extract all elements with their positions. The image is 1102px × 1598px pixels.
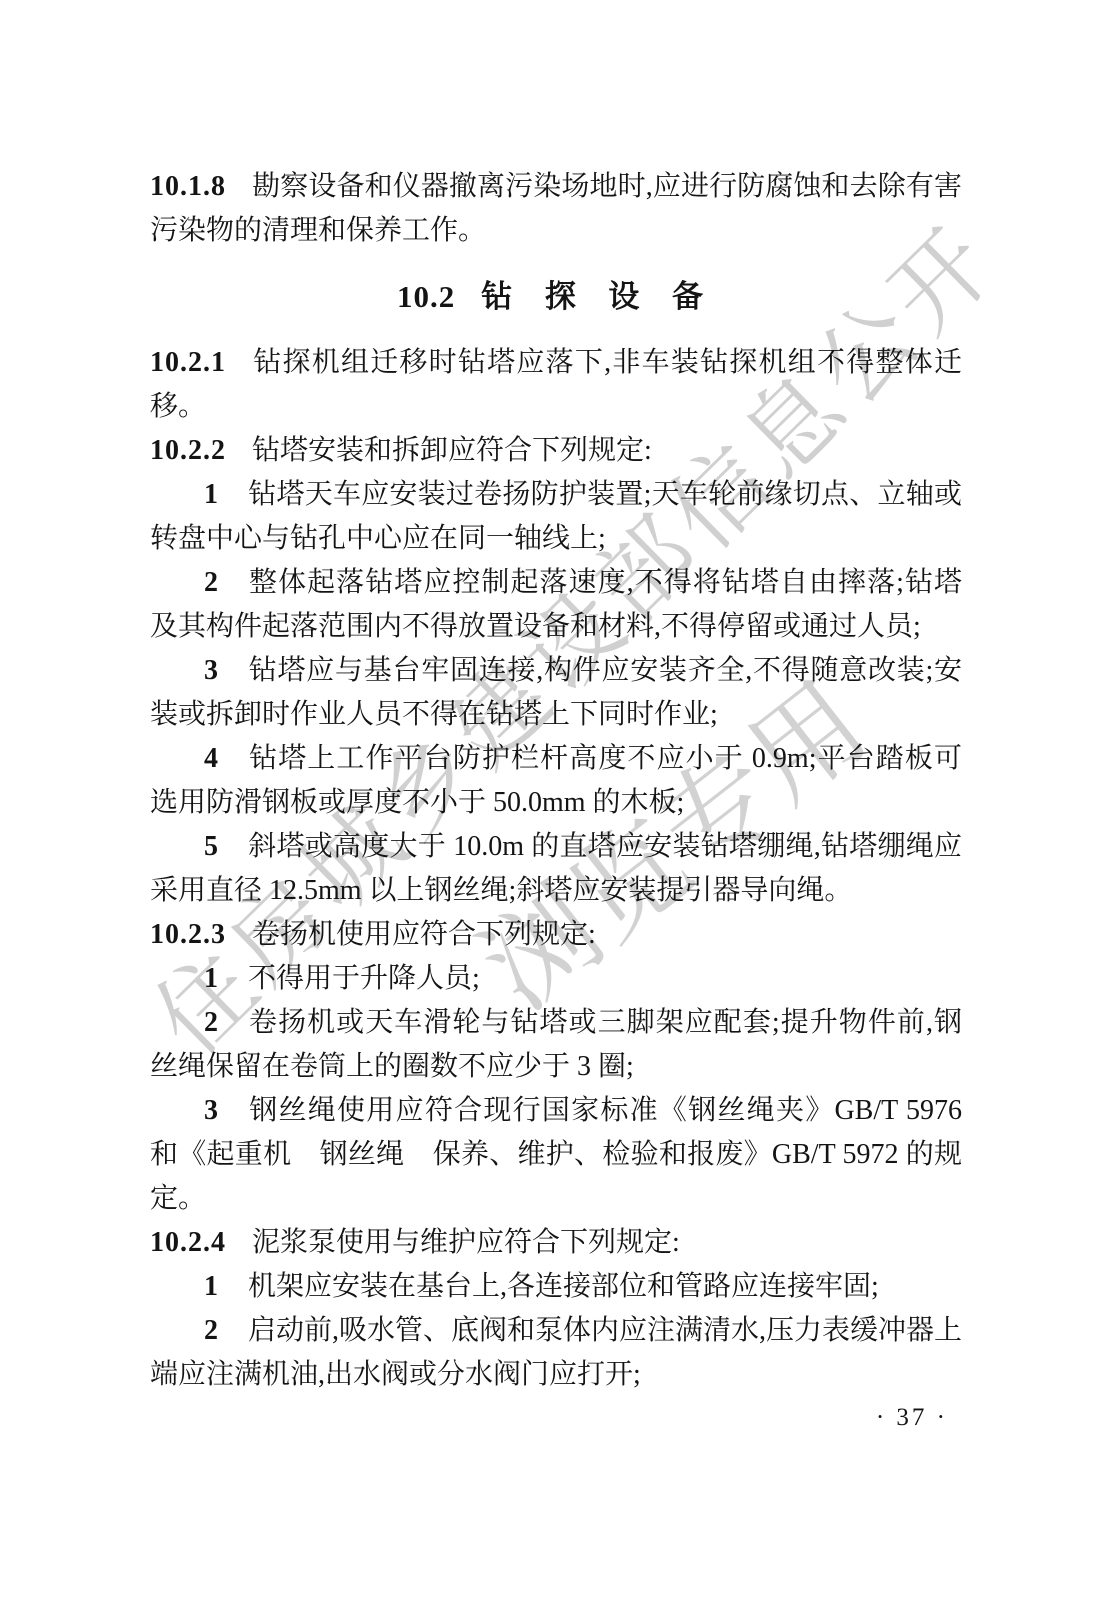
item-10-2-3-1: 1不得用于升降人员; bbox=[150, 957, 962, 1001]
item-text: 钻塔应与基台牢固连接,构件应安装齐全,不得随意改装;安装或拆卸时作业人员不得在钻… bbox=[150, 655, 962, 730]
document-page: 10.1.8勘察设备和仪器撤离污染场地时,应进行防腐蚀和去除有害污染物的清理和保… bbox=[0, 0, 1102, 1433]
item-text: 钢丝绳使用应符合现行国家标准《钢丝绳夹》GB/T 5976 和《起重机 钢丝绳 … bbox=[150, 1095, 962, 1214]
clause-10-1-8: 10.1.8勘察设备和仪器撤离污染场地时,应进行防腐蚀和去除有害污染物的清理和保… bbox=[150, 165, 962, 253]
item-10-2-3-3: 3钢丝绳使用应符合现行国家标准《钢丝绳夹》GB/T 5976 和《起重机 钢丝绳… bbox=[150, 1089, 962, 1221]
item-number: 4 bbox=[204, 743, 218, 774]
clause-10-2-4: 10.2.4泥浆泵使用与维护应符合下列规定: bbox=[150, 1221, 962, 1265]
item-number: 3 bbox=[204, 655, 218, 686]
clause-number: 10.2.4 bbox=[150, 1227, 226, 1258]
item-number: 1 bbox=[204, 963, 218, 994]
item-text: 卷扬机或天车滑轮与钻塔或三脚架应配套;提升物件前,钢丝绳保留在卷筒上的圈数不应少… bbox=[150, 1007, 962, 1082]
item-10-2-2-1: 1钻塔天车应安装过卷扬防护装置;天车轮前缘切点、立轴或转盘中心与钻孔中心应在同一… bbox=[150, 473, 962, 561]
item-number: 2 bbox=[204, 1007, 218, 1038]
item-number: 5 bbox=[204, 831, 218, 862]
clause-text: 卷扬机使用应符合下列规定: bbox=[252, 919, 596, 950]
clause-text: 勘察设备和仪器撤离污染场地时,应进行防腐蚀和去除有害污染物的清理和保养工作。 bbox=[150, 171, 962, 246]
clause-10-2-1: 10.2.1钻探机组迁移时钻塔应落下,非车装钻探机组不得整体迁移。 bbox=[150, 341, 962, 429]
item-10-2-2-3: 3钻塔应与基台牢固连接,构件应安装齐全,不得随意改装;安装或拆卸时作业人员不得在… bbox=[150, 649, 962, 737]
item-10-2-3-2: 2卷扬机或天车滑轮与钻塔或三脚架应配套;提升物件前,钢丝绳保留在卷筒上的圈数不应… bbox=[150, 1001, 962, 1089]
item-text: 整体起落钻塔应控制起落速度,不得将钻塔自由摔落;钻塔及其构件起落范围内不得放置设… bbox=[150, 567, 962, 642]
item-10-2-2-2: 2整体起落钻塔应控制起落速度,不得将钻塔自由摔落;钻塔及其构件起落范围内不得放置… bbox=[150, 561, 962, 649]
page-number: · 37 · bbox=[150, 1403, 962, 1433]
clause-number: 10.2.3 bbox=[150, 919, 226, 950]
clause-10-2-2: 10.2.2钻塔安装和拆卸应符合下列规定: bbox=[150, 429, 962, 473]
item-text: 钻塔天车应安装过卷扬防护装置;天车轮前缘切点、立轴或转盘中心与钻孔中心应在同一轴… bbox=[150, 479, 962, 554]
item-10-2-2-4: 4钻塔上工作平台防护栏杆高度不应小于 0.9m;平台踏板可选用防滑钢板或厚度不小… bbox=[150, 737, 962, 825]
clause-10-2-3: 10.2.3卷扬机使用应符合下列规定: bbox=[150, 913, 962, 957]
section-number: 10.2 bbox=[397, 279, 455, 314]
item-text: 钻塔上工作平台防护栏杆高度不应小于 0.9m;平台踏板可选用防滑钢板或厚度不小于… bbox=[150, 743, 962, 818]
item-number: 1 bbox=[204, 479, 218, 510]
clause-text: 钻探机组迁移时钻塔应落下,非车装钻探机组不得整体迁移。 bbox=[150, 347, 962, 422]
item-10-2-2-5: 5斜塔或高度大于 10.0m 的直塔应安装钻塔绷绳,钻塔绷绳应采用直径 12.5… bbox=[150, 825, 962, 913]
item-number: 3 bbox=[204, 1095, 218, 1126]
item-10-2-4-2: 2启动前,吸水管、底阀和泵体内应注满清水,压力表缓冲器上端应注满机油,出水阀或分… bbox=[150, 1309, 962, 1397]
item-text: 斜塔或高度大于 10.0m 的直塔应安装钻塔绷绳,钻塔绷绳应采用直径 12.5m… bbox=[150, 831, 962, 906]
section-title: 钻 探 设 备 bbox=[481, 279, 715, 314]
item-number: 2 bbox=[204, 567, 218, 598]
item-number: 2 bbox=[204, 1315, 218, 1346]
clause-number: 10.1.8 bbox=[150, 171, 226, 202]
clause-text: 泥浆泵使用与维护应符合下列规定: bbox=[252, 1227, 680, 1258]
item-text: 启动前,吸水管、底阀和泵体内应注满清水,压力表缓冲器上端应注满机油,出水阀或分水… bbox=[150, 1315, 962, 1390]
section-heading-10-2: 10.2钻 探 设 备 bbox=[150, 275, 962, 319]
item-text: 机架应安装在基台上,各连接部位和管路应连接牢固; bbox=[248, 1271, 879, 1302]
clause-text: 钻塔安装和拆卸应符合下列规定: bbox=[252, 435, 652, 466]
item-10-2-4-1: 1机架应安装在基台上,各连接部位和管路应连接牢固; bbox=[150, 1265, 962, 1309]
clause-number: 10.2.1 bbox=[150, 347, 226, 378]
item-number: 1 bbox=[204, 1271, 218, 1302]
item-text: 不得用于升降人员; bbox=[248, 963, 480, 994]
clause-number: 10.2.2 bbox=[150, 435, 226, 466]
